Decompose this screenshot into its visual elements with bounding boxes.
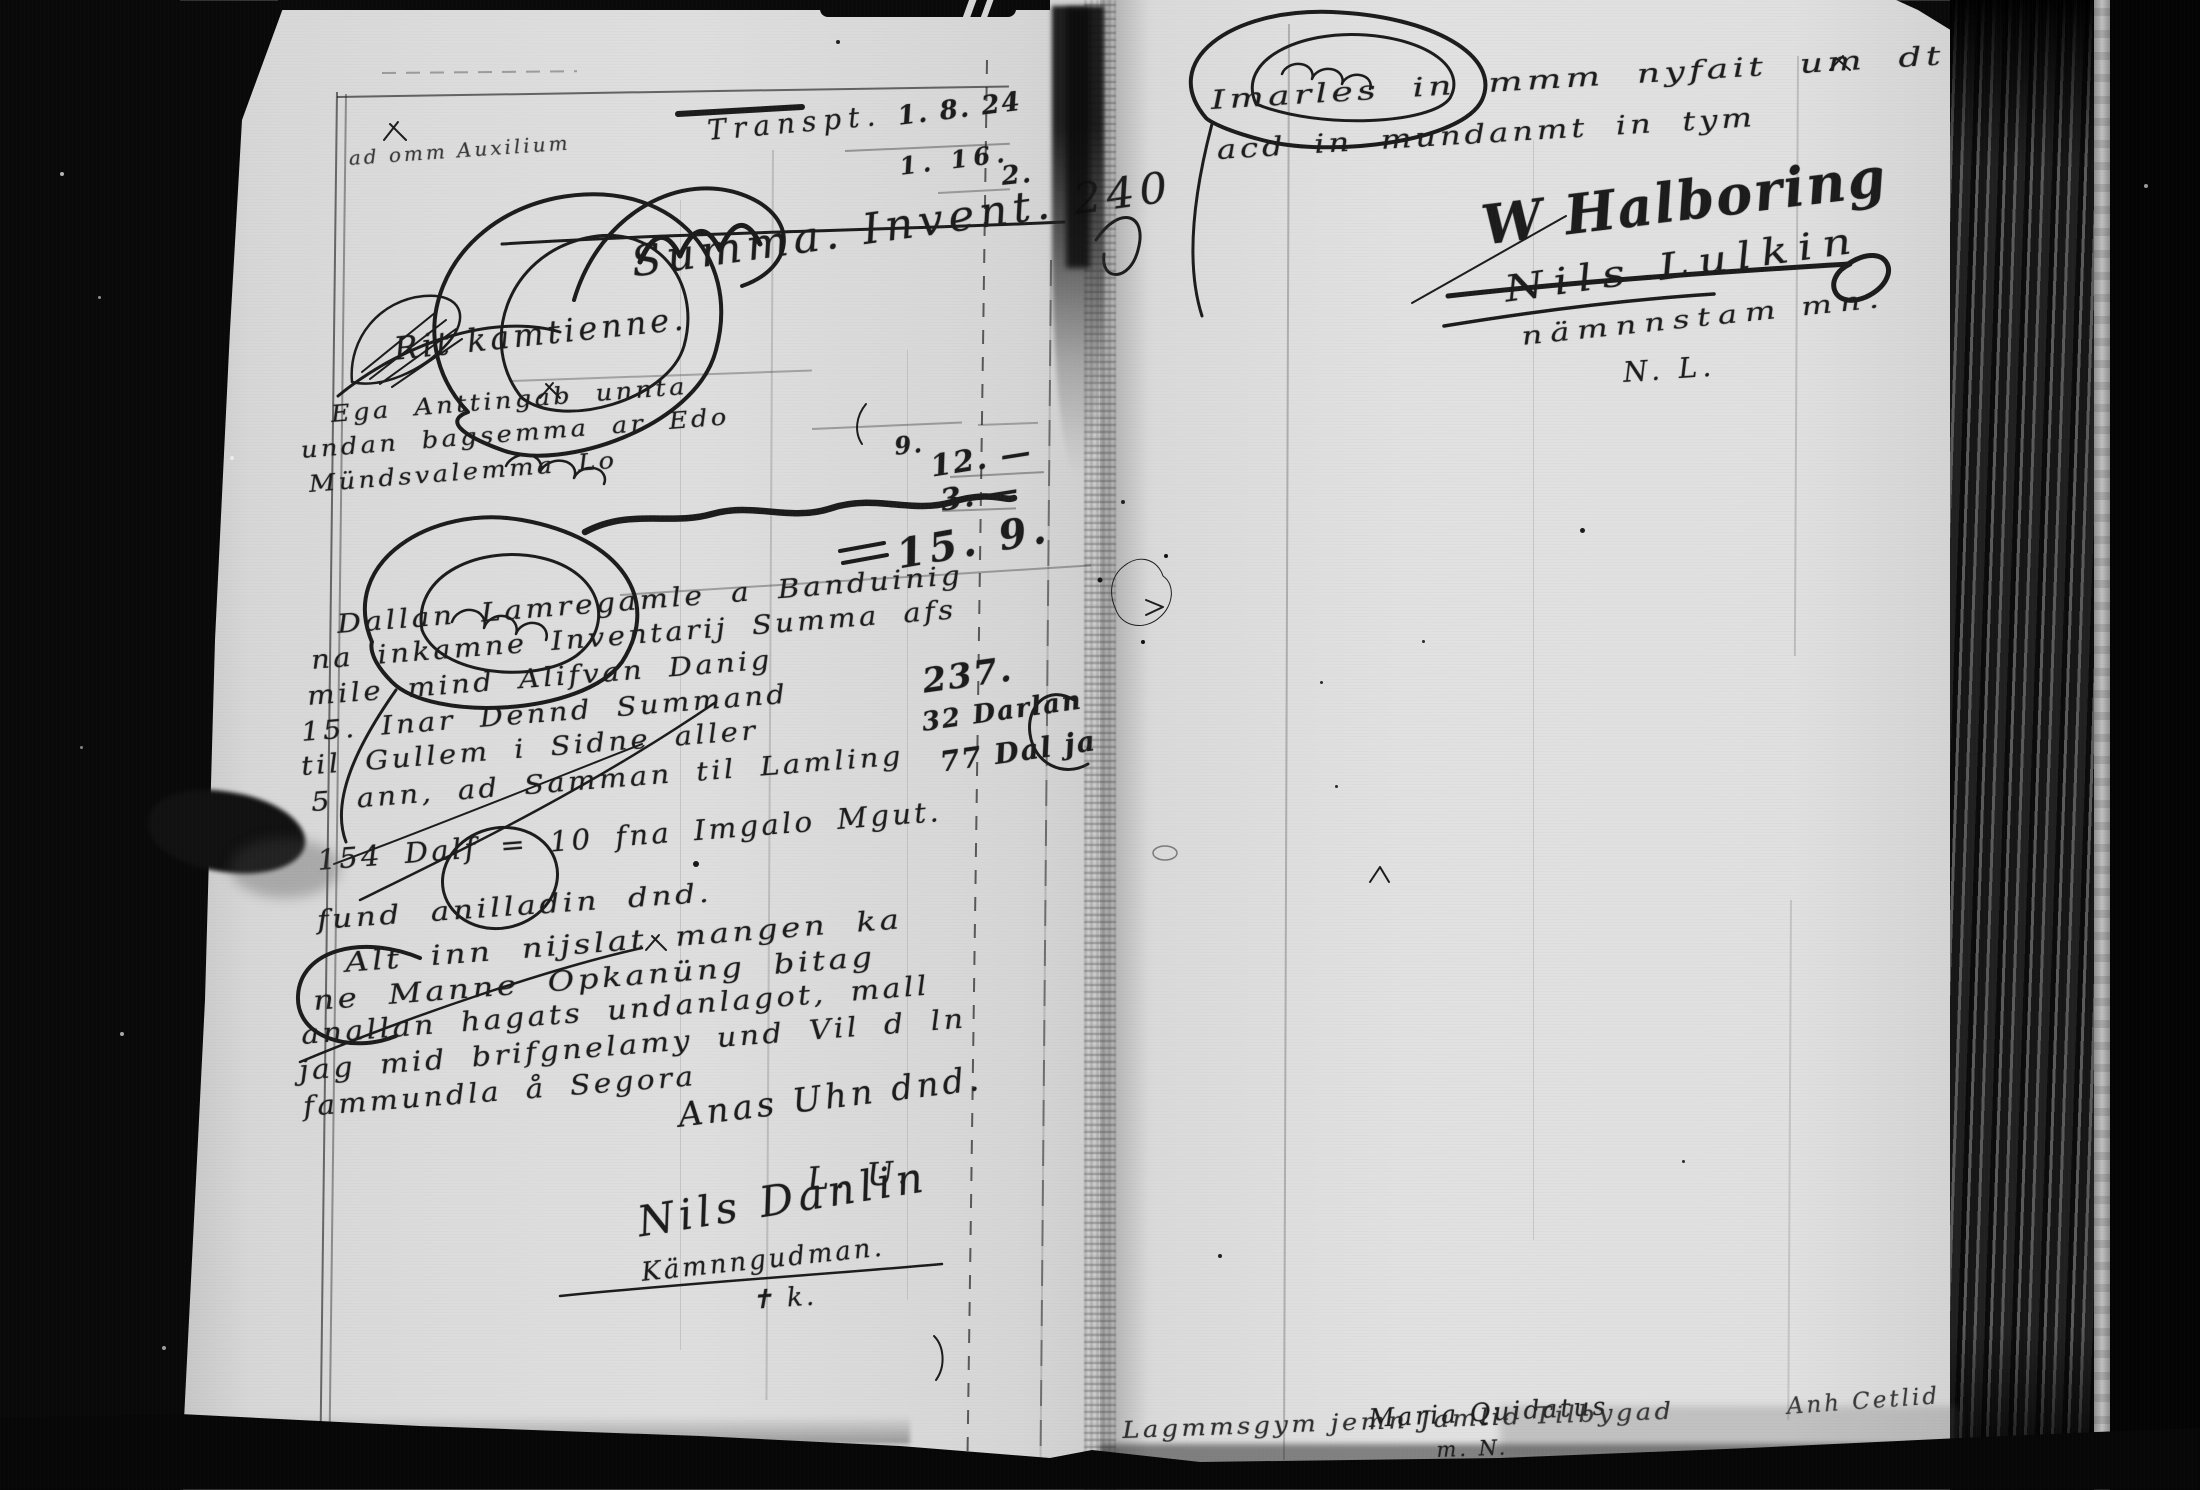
dust-speck	[98, 296, 101, 299]
fore-edge-top-shadow	[1950, 0, 2096, 170]
dust-speck	[2144, 184, 2148, 188]
ink-speck	[1121, 500, 1125, 504]
ink-speck	[1320, 681, 1323, 684]
fore-edge-streaks	[1950, 0, 2096, 1490]
entry-amount-1: 9.	[893, 429, 925, 461]
fore-edge-black	[2110, 0, 2200, 1490]
ink-speck	[693, 861, 699, 867]
left-signature-mark: ✝ k.	[750, 1281, 818, 1316]
right-signature-initials: N. L.	[1622, 350, 1717, 389]
ink-speck	[1422, 640, 1425, 643]
ink-speck	[836, 40, 840, 44]
manuscript-scan: ad omm Auxilium Transpt. 1. 8. 24 1. 16.…	[0, 0, 2200, 1490]
gutter-top-smudge-core	[1066, 8, 1090, 268]
dust-speck	[230, 456, 234, 460]
ink-speck	[1218, 1254, 1222, 1258]
thumb-smudge	[230, 838, 340, 898]
dust-speck	[80, 746, 83, 749]
dust-speck	[60, 172, 64, 176]
dust-speck	[120, 1032, 124, 1036]
dust-speck	[162, 1346, 166, 1350]
ink-speck	[1682, 1160, 1685, 1163]
ink-speck	[1580, 528, 1585, 533]
ink-speck	[1335, 785, 1338, 788]
